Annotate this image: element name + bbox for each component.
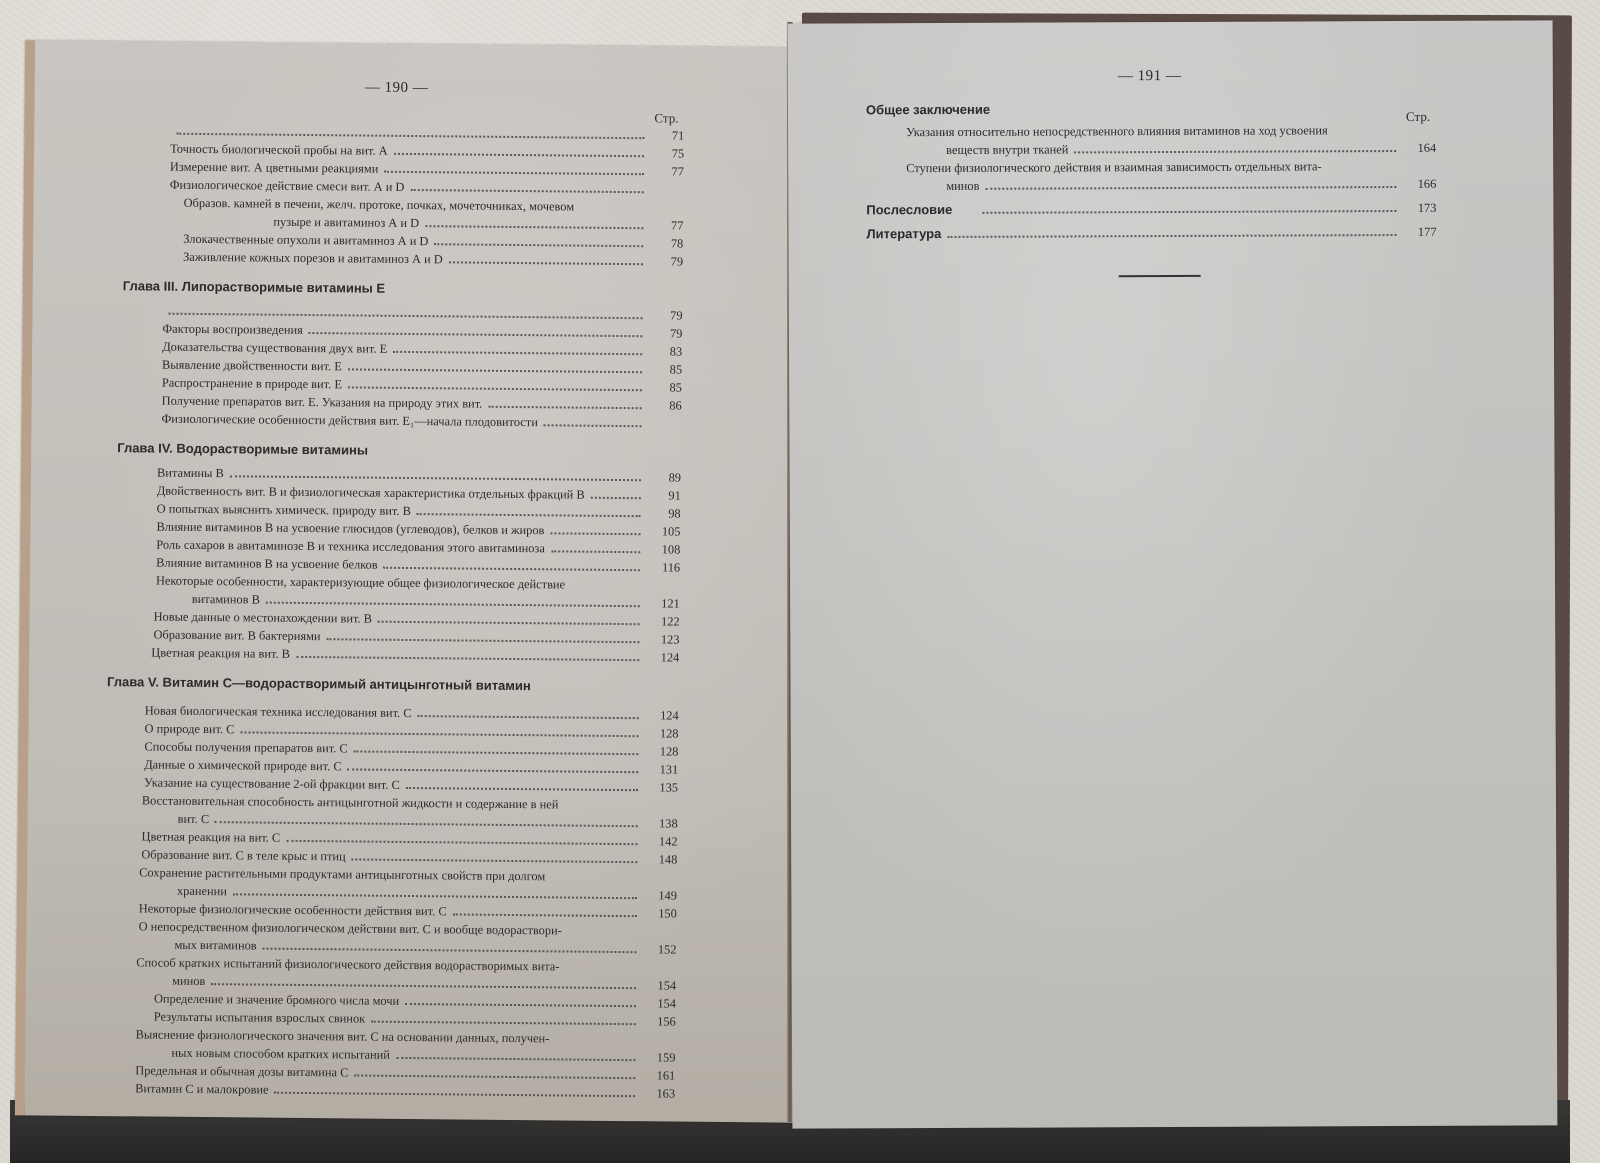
chapter-heading[interactable]: Глава III. Липорастворимые витамины Е [123, 277, 683, 300]
leader-dots [309, 328, 643, 337]
leader-dots [434, 239, 643, 247]
leader-dots [551, 546, 641, 553]
leader-dots [417, 509, 641, 517]
leader-dots [425, 221, 643, 229]
chapter-heading[interactable]: Глава IV. Водорастворимые витамины [117, 439, 681, 462]
page-number: — 190 — [365, 80, 429, 98]
section-heading: Послесловие [866, 201, 952, 219]
right-page: — 191 — Стр. Общее заключение Указания о… [788, 20, 1558, 1128]
leader-dots [240, 727, 638, 737]
toc-entry[interactable]: Заживление кожных порезов и авитаминоз А… [143, 247, 683, 270]
chapter-heading[interactable]: Глава V. Витамин С—водорастворимый антиц… [107, 673, 679, 696]
toc-left: 71 Точность биологической пробы на вит. … [135, 121, 684, 1102]
leader-dots [233, 889, 637, 899]
leader-dots [348, 764, 639, 773]
toc-entry[interactable]: Восстановительная способность антицынгот… [138, 791, 678, 832]
toc-entry[interactable]: Витамин С и малокровие 163 [135, 1079, 675, 1102]
leader-dots [384, 167, 644, 175]
leader-dots [348, 382, 642, 391]
left-page: — 190 — Стр. 71 Точность биологической п… [15, 40, 805, 1122]
toc-entry[interactable]: О непосредственном физиологическом дейст… [136, 917, 676, 958]
leader-dots [406, 783, 638, 791]
page-column-label: Стр. [654, 110, 678, 126]
leader-dots [453, 909, 637, 917]
leader-dots [230, 471, 641, 481]
leader-dots [354, 1070, 635, 1079]
page-number: — 191 — [1118, 68, 1182, 85]
toc-entry[interactable]: Указания относительно непосредственного … [866, 121, 1436, 159]
leader-dots [169, 309, 643, 320]
leader-dots [215, 817, 638, 827]
leader-dots [352, 854, 638, 863]
leader-dots [266, 598, 640, 608]
leader-dots [405, 999, 636, 1007]
section-heading[interactable]: Общее заключение [866, 99, 1436, 119]
toc-entry[interactable]: Способ кратких испытаний физиологическог… [136, 953, 676, 994]
toc-entry[interactable]: Послесловие 173 [866, 199, 1436, 219]
leader-dots [985, 182, 1396, 190]
leader-dots [591, 493, 641, 499]
toc-entry[interactable]: Сохранение растительными продуктами анти… [137, 863, 677, 904]
leader-dots [947, 230, 1396, 238]
toc-right: Общее заключение Указания относительно н… [866, 99, 1437, 243]
leader-dots [396, 1053, 636, 1061]
leader-dots [176, 129, 644, 139]
leader-dots [449, 257, 643, 265]
leader-dots [296, 652, 639, 661]
toc-entry[interactable]: Образов. камней в печени, желч. протоке,… [143, 193, 683, 234]
leader-dots [418, 711, 639, 719]
leader-dots [286, 836, 637, 845]
leader-dots [394, 149, 644, 157]
leader-dots [384, 563, 641, 571]
leader-dots [371, 1017, 636, 1026]
leader-dots [354, 746, 639, 755]
toc-entry[interactable]: Литература 177 [866, 223, 1436, 243]
leader-dots [982, 206, 1396, 214]
leader-dots [488, 402, 641, 409]
leader-dots [327, 634, 640, 643]
leader-dots [393, 347, 642, 355]
leader-dots [410, 185, 643, 193]
leader-dots [211, 979, 636, 989]
toc-entry[interactable]: Некоторые особенности, характеризующие о… [140, 571, 680, 612]
leader-dots [263, 944, 637, 954]
end-rule [1119, 275, 1201, 277]
leader-dots [378, 617, 640, 626]
section-heading: Литература [866, 225, 941, 243]
toc-entry[interactable]: Ступени физиологического действия и взаи… [866, 157, 1436, 195]
toc-entry[interactable]: Цветная реакция на вит. В 124 [139, 643, 679, 666]
leader-dots [348, 364, 642, 373]
leader-dots [274, 1088, 635, 1097]
leader-dots [1074, 146, 1396, 153]
toc-entry[interactable]: Физиологические особенности действия вит… [141, 409, 681, 432]
toc-entry[interactable]: Выяснение физиологического значения вит.… [135, 1025, 675, 1066]
leader-dots [550, 528, 640, 535]
leader-dots [544, 420, 642, 427]
